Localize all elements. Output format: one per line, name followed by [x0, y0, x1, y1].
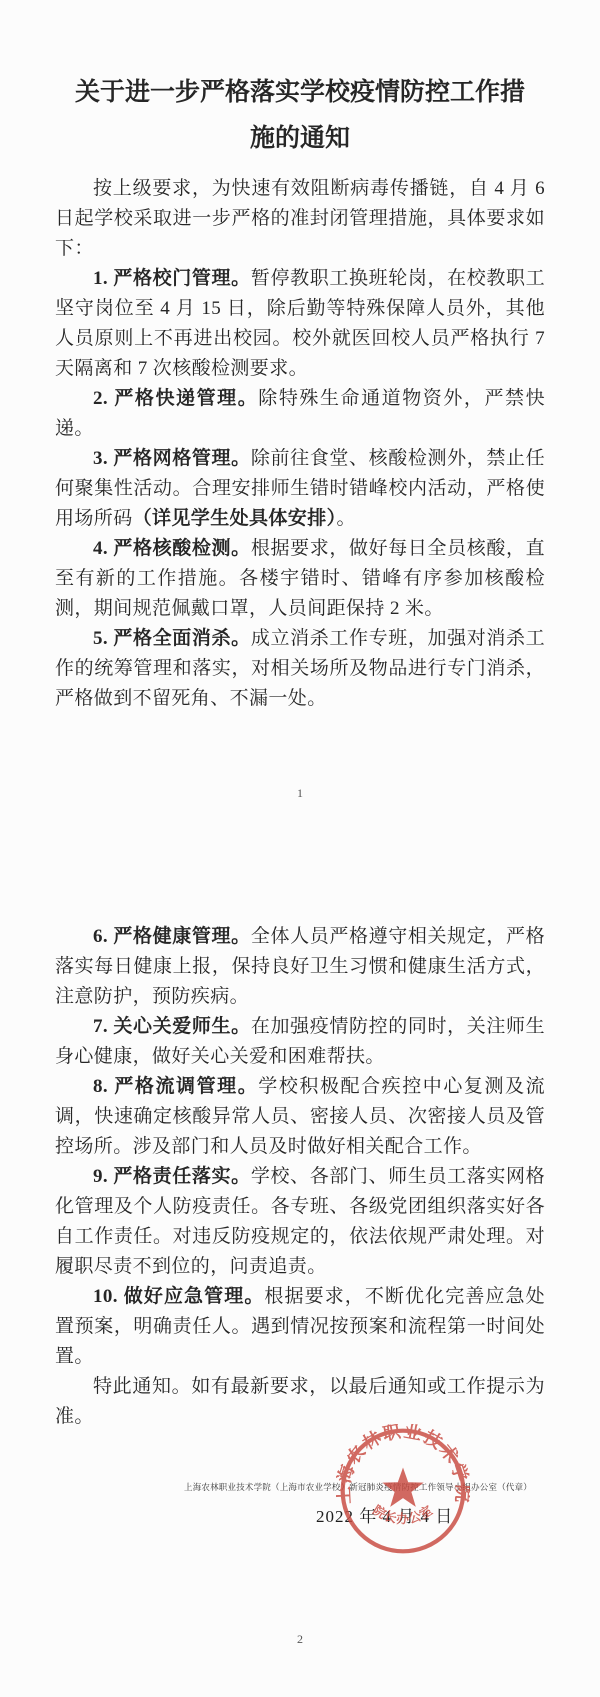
seal-bottom-text: 院长办公室: [370, 1502, 435, 1526]
notice-item: 7. 关心关爱师生。在加强疫情防控的同时，关注师生身心健康，做好关心关爱和困难帮…: [55, 1012, 545, 1072]
page-number-2: 2: [0, 1632, 600, 1647]
svg-text:院长办公室: 院长办公室: [370, 1502, 435, 1526]
page-number-1: 1: [0, 786, 600, 801]
notice-item: 5. 严格全面消杀。成立消杀工作专班，加强对消杀工作的统筹管理和落实，对相关场所…: [55, 624, 545, 714]
notice-item: 8. 严格流调管理。学校积极配合疾控中心复测及流调，快速确定核酸异常人员、密接人…: [55, 1072, 545, 1162]
page2-content: 6. 严格健康管理。全体人员严格遵守相关规定，严格落实每日健康上报，保持良好卫生…: [55, 922, 545, 1432]
notice-items-page1: 1. 严格校门管理。暂停教职工换班轮岗，在校教职工坚守岗位至 4 月 15 日，…: [55, 264, 545, 714]
closing-paragraph: 特此通知。如有最新要求，以最后通知或工作提示为准。: [55, 1372, 545, 1432]
seal-star-icon: [382, 1468, 423, 1507]
intro-paragraph: 按上级要求，为快速有效阻断病毒传播链，自 4 月 6 日起学校采取进一步严格的准…: [55, 174, 545, 264]
notice-item: 4. 严格核酸检测。根据要求，做好每日全员核酸，直至有新的工作措施。各楼宇错时、…: [55, 534, 545, 624]
official-seal-stamp: 上海农林职业技术学院 院长办公室: [336, 1424, 470, 1558]
notice-item: 1. 严格校门管理。暂停教职工换班轮岗，在校教职工坚守岗位至 4 月 15 日，…: [55, 264, 545, 384]
notice-item: 3. 严格网格管理。除前往食堂、核酸检测外，禁止任何聚集性活动。合理安排师生错时…: [55, 444, 545, 534]
notice-title: 关于进一步严格落实学校疫情防控工作措施的通知: [65, 70, 535, 162]
notice-item: 10. 做好应急管理。根据要求，不断优化完善应急处置预案，明确责任人。遇到情况按…: [55, 1282, 545, 1372]
notice-item: 9. 严格责任落实。学校、各部门、师生员工落实网格化管理及个人防疫责任。各专班、…: [55, 1162, 545, 1282]
notice-items-page2: 6. 严格健康管理。全体人员严格遵守相关规定，严格落实每日健康上报，保持良好卫生…: [55, 922, 545, 1372]
notice-document: { "document": { "title": "关于进一步严格落实学校疫情防…: [0, 0, 600, 1697]
page1-content: 关于进一步严格落实学校疫情防控工作措施的通知 按上级要求，为快速有效阻断病毒传播…: [55, 70, 545, 714]
notice-item: 6. 严格健康管理。全体人员严格遵守相关规定，严格落实每日健康上报，保持良好卫生…: [55, 922, 545, 1012]
notice-item: 2. 严格快递管理。除特殊生命通道物资外，严禁快递。: [55, 384, 545, 444]
